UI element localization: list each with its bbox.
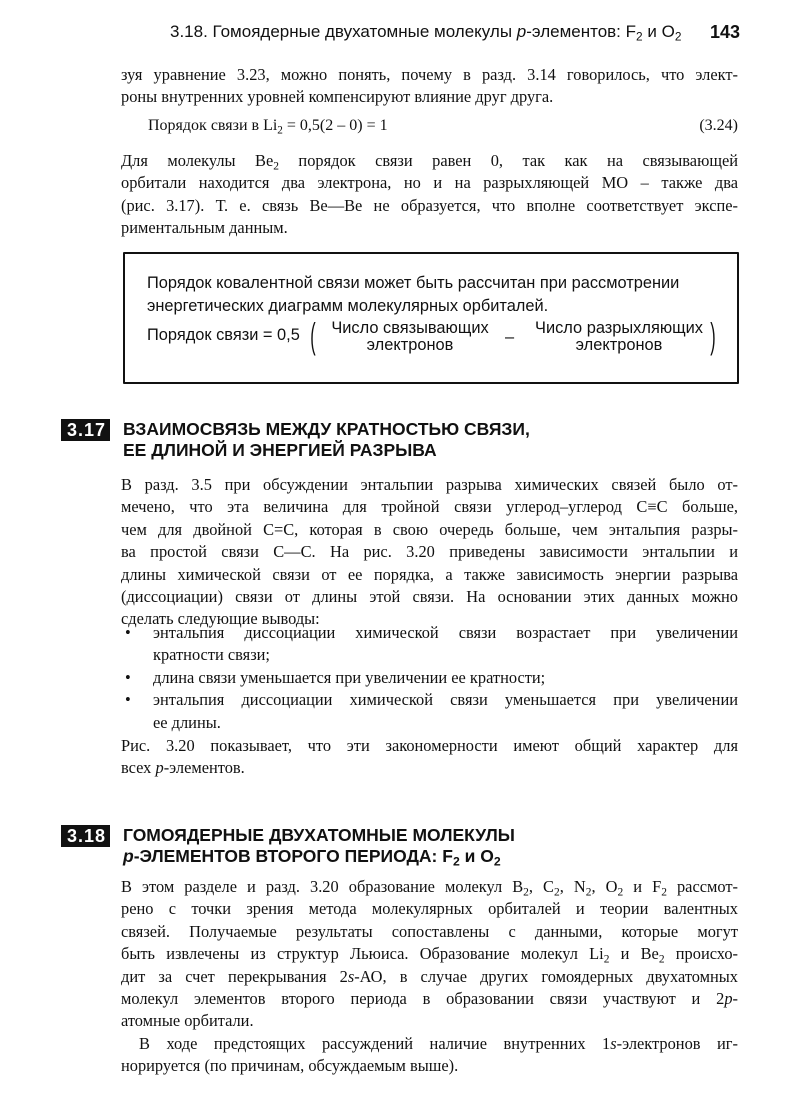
equation-3-24: Порядок связи в Li2 = 0,5(2 – 0) = 1 (3.… — [148, 117, 738, 135]
text: электронов — [529, 337, 709, 354]
text: Число связывающих — [325, 320, 495, 337]
text: В этом разделе и разд. 3.20 образование … — [121, 877, 523, 896]
text-line: роны внутренних уровней компенсируют вли… — [121, 86, 738, 108]
text-line: норируется (по причинам, обсуждаемым выш… — [121, 1055, 738, 1077]
section-3-18-paragraph-1: В этом разделе и разд. 3.20 образование … — [121, 876, 738, 1033]
text: и Be — [609, 944, 658, 963]
text-line: мечено, что эта величина для тройной свя… — [121, 496, 738, 518]
text-line: орбитали находится два электрона, но и н… — [121, 172, 738, 194]
text-line: рено с точки зрения метода молекулярных … — [121, 898, 738, 920]
text-line: энтальпия диссоциации химической связи в… — [153, 622, 738, 644]
box-text: Порядок ковалентной связи может быть рас… — [147, 272, 679, 318]
text: молекул элементов второго периода в обра… — [121, 989, 724, 1008]
list-item: • энтальпия диссоциации химической связи… — [121, 622, 738, 667]
text-line: энергетических диаграмм молекулярных орб… — [147, 295, 679, 318]
text-line: Порядок ковалентной связи может быть рас… — [147, 272, 679, 295]
text-line: Рис. 3.20 показывает, что эти закономерн… — [121, 735, 738, 757]
text: , C — [529, 877, 554, 896]
bullet-icon: • — [125, 667, 131, 689]
text-line: чем для двойной C=C, которая в свою очер… — [121, 519, 738, 541]
text: 2 — [675, 30, 682, 44]
text: В ходе предстоящих рассуждений наличие в… — [139, 1034, 610, 1053]
text: , N — [560, 877, 586, 896]
text: и F — [623, 877, 661, 896]
section-3-18-paragraph-2: В ходе предстоящих рассуждений наличие в… — [121, 1033, 738, 1078]
text: ЕЕ ДЛИНОЙ И ЭНЕРГИЕЙ РАЗРЫВА — [123, 440, 530, 461]
section-number-badge: 3.17 — [61, 419, 110, 441]
text: -электронов иг- — [617, 1034, 738, 1053]
be2-paragraph: Для молекулы Be2 порядок связи равен 0, … — [121, 150, 738, 240]
text: p — [123, 846, 134, 866]
text: электронов — [325, 337, 495, 354]
text: Число разрыхляющих — [529, 320, 709, 337]
paren-close: ) — [710, 316, 715, 356]
list-item: • энтальпия диссоциации химической связи… — [121, 689, 738, 734]
text-line: Для молекулы Be2 порядок связи равен 0, … — [121, 150, 738, 172]
text: -ЭЛЕМЕНТОВ ВТОРОГО ПЕРИОДА: F — [134, 846, 453, 866]
text-line: В ходе предстоящих рассуждений наличие в… — [121, 1033, 738, 1055]
text: ГОМОЯДЕРНЫЕ ДВУХАТОМНЫЕ МОЛЕКУЛЫ — [123, 825, 515, 846]
text: -АО, в случае других гомоядерных двухато… — [354, 967, 738, 986]
text: -элементов. — [164, 758, 245, 777]
text: 3.18. Гомоядерные двухатомные молекулы — [170, 22, 517, 41]
text: рассмот- — [667, 877, 738, 896]
list-item: • длина связи уменьшается при увеличении… — [121, 667, 738, 689]
text-line: длины химической связи от ее порядка, а … — [121, 564, 738, 586]
intro-paragraph: зуя уравнение 3.23, можно понять, почему… — [121, 64, 738, 109]
section-number-badge: 3.18 — [61, 825, 110, 847]
conclusions-list: • энтальпия диссоциации химической связи… — [121, 622, 738, 734]
text: , O — [591, 877, 617, 896]
text: ВЗАИМОСВЯЗЬ МЕЖДУ КРАТНОСТЬЮ СВЯЗИ, — [123, 419, 530, 440]
page-number: 143 — [710, 22, 740, 43]
antibonding-electrons-term: Число разрыхляющих электронов — [529, 320, 709, 354]
text-line: длина связи уменьшается при увеличении е… — [153, 667, 738, 689]
text: p — [155, 758, 163, 777]
text-line: кратности связи; — [153, 644, 738, 666]
text: = 0,5(2 – 0) = 1 — [283, 117, 388, 134]
text-line: энтальпия диссоциации химической связи у… — [153, 689, 738, 711]
text-line: молекул элементов второго периода в обра… — [121, 988, 738, 1010]
text: порядок связи равен 0, так как на связыв… — [279, 151, 738, 170]
text-line: быть извлечены из структур Льюиса. Образ… — [121, 943, 738, 965]
text: и O — [460, 846, 494, 866]
text-line: (рис. 3.17). Т. е. связь Be—Be не образу… — [121, 195, 738, 217]
running-head-title: 3.18. Гомоядерные двухатомные молекулы p… — [170, 22, 681, 42]
formula-label: Порядок связи = 0,5 — [147, 326, 300, 345]
text-line: ее длины. — [153, 712, 738, 734]
text: происхо- — [665, 944, 738, 963]
bullet-icon: • — [125, 622, 131, 644]
section-title: ВЗАИМОСВЯЗЬ МЕЖДУ КРАТНОСТЬЮ СВЯЗИ, ЕЕ Д… — [123, 419, 530, 461]
text-line: зуя уравнение 3.23, можно понять, почему… — [121, 64, 738, 86]
text-line: всех p-элементов. — [121, 757, 738, 779]
text: Для молекулы Be — [121, 151, 273, 170]
section-title: ГОМОЯДЕРНЫЕ ДВУХАТОМНЫЕ МОЛЕКУЛЫ p-ЭЛЕМЕ… — [123, 825, 515, 867]
section-3-17-closing: Рис. 3.20 показывает, что эти закономерн… — [121, 735, 738, 780]
text: p-ЭЛЕМЕНТОВ ВТОРОГО ПЕРИОДА: F2 и O2 — [123, 846, 515, 867]
text: всех — [121, 758, 155, 777]
text-line: В этом разделе и разд. 3.20 образование … — [121, 876, 738, 898]
equation-body: Порядок связи в Li2 = 0,5(2 – 0) = 1 — [148, 117, 388, 134]
text-line: В разд. 3.5 при обсуждении энтальпии раз… — [121, 474, 738, 496]
text: 2 — [636, 30, 643, 44]
bonding-electrons-term: Число связывающих электронов — [325, 320, 495, 354]
text-line: (диссоциации) связи от длины этой связи.… — [121, 586, 738, 608]
text: p — [517, 22, 526, 41]
text: быть извлечены из структур Льюиса. Образ… — [121, 944, 604, 963]
bullet-icon: • — [125, 689, 131, 711]
text: и O — [643, 22, 675, 41]
bond-order-box: Порядок ковалентной связи может быть рас… — [123, 252, 739, 384]
minus-sign: – — [505, 328, 514, 347]
text: 2 — [453, 855, 460, 869]
text: 2 — [494, 855, 501, 869]
text-line: ва простой связи C—C. На рис. 3.20 приве… — [121, 541, 738, 563]
equation-number: (3.24) — [699, 117, 738, 135]
text: -элементов: F — [526, 22, 636, 41]
paren-open: ( — [310, 316, 315, 356]
text-line: риментальным данным. — [121, 217, 738, 239]
text: p — [724, 989, 732, 1008]
text: дит за счет перекрывания 2 — [121, 967, 348, 986]
text-line: связей. Получаемые результаты сопоставле… — [121, 921, 738, 943]
text: Порядок связи в Li — [148, 117, 277, 134]
section-3-17-paragraph: В разд. 3.5 при обсуждении энтальпии раз… — [121, 474, 738, 631]
text-line: дит за счет перекрывания 2s-АО, в случае… — [121, 966, 738, 988]
text-line: атомные орбитали. — [121, 1010, 738, 1032]
text: - — [733, 989, 738, 1008]
